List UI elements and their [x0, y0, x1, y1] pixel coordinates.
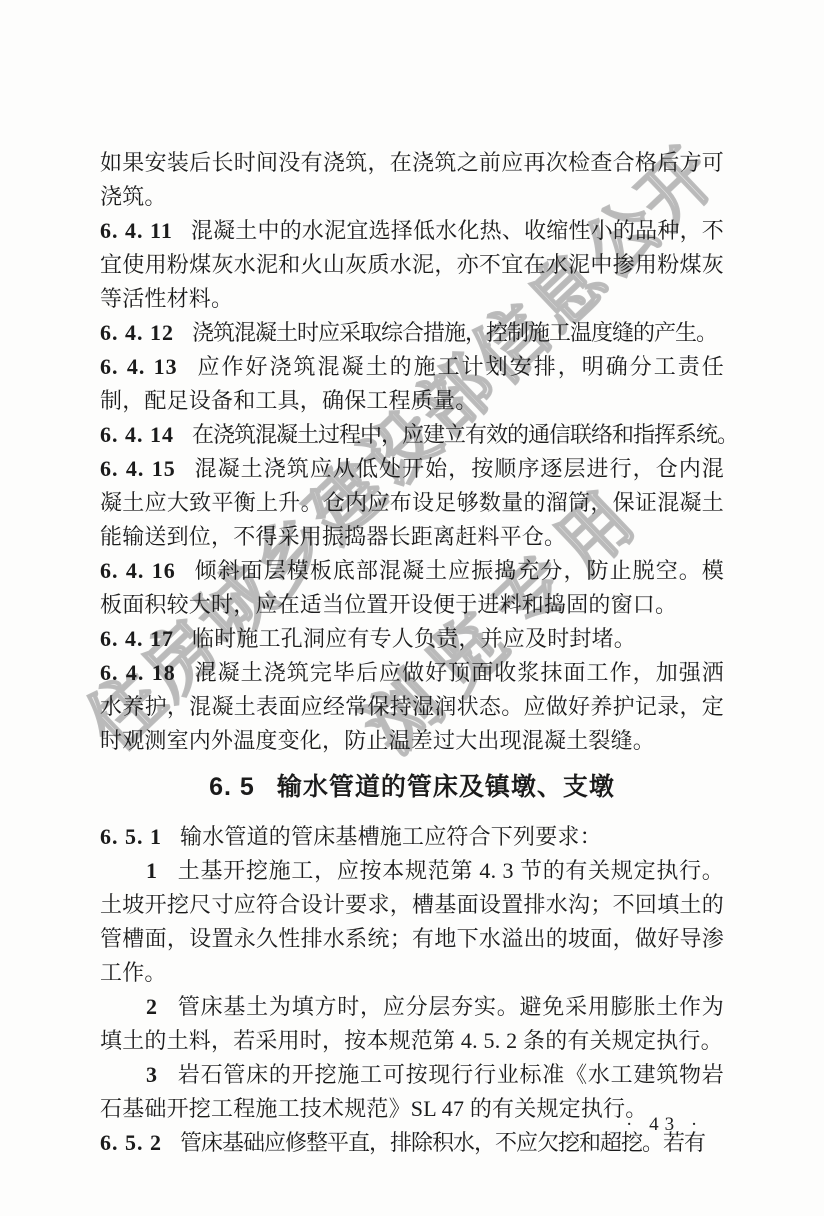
clause-number: 6. 4. 11: [100, 218, 173, 243]
clause-text: 倾斜面层模板底部混凝土应振捣充分，防止脱空。模板面积较大时，应在适当位置开设便于…: [100, 558, 724, 617]
clause-6-4-16: 6. 4. 16倾斜面层模板底部混凝土应振捣充分，防止脱空。模板面积较大时，应在…: [100, 554, 724, 622]
clause-6-4-14: 6. 4. 14在浇筑混凝土过程中，应建立有效的通信联络和指挥系统。: [100, 418, 724, 452]
item-number: 2: [146, 994, 157, 1019]
clause-text: 输水管道的管床基槽施工应符合下列要求：: [180, 824, 602, 849]
clause-number: 6. 4. 17: [100, 626, 174, 651]
clause-6-4-18: 6. 4. 18混凝土浇筑完毕后应做好顶面收浆抹面工作，加强洒水养护，混凝土表面…: [100, 656, 724, 758]
paragraph-continuation: 如果安装后长时间没有浇筑，在浇筑之前应再次检查合格后方可浇筑。: [100, 146, 724, 214]
clause-6-4-17: 6. 4. 17临时施工孔洞应有专人负责，并应及时封堵。: [100, 622, 724, 656]
section-title: 输水管道的管床及镇墩、支墩: [277, 773, 615, 801]
document-page: 住房城乡建设部信息公开 浏览专用 如果安装后长时间没有浇筑，在浇筑之前应再次检查…: [0, 0, 824, 1216]
clause-6-4-13: 6. 4. 13应作好浇筑混凝土的施工计划安排，明确分工责任制，配足设备和工具，…: [100, 350, 724, 418]
clause-number: 6. 5. 1: [100, 824, 162, 849]
clause-6-4-12: 6. 4. 12浇筑混凝土时应采取综合措施，控制施工温度缝的产生。: [100, 316, 724, 350]
section-heading: 6. 5输水管道的管床及镇墩、支墩: [100, 769, 724, 805]
list-item-1: 1土基开挖施工，应按本规范第 4. 3 节的有关规定执行。土坡开挖尺寸应符合设计…: [100, 854, 724, 990]
item-text: 管床基土为填方时，应分层夯实。避免采用膨胀土作为填土的土料，若采用时，按本规范第…: [100, 994, 724, 1053]
clause-text: 浇筑混凝土时应采取综合措施，控制施工温度缝的产生。: [192, 320, 717, 345]
clause-text: 混凝土中的水泥宜选择低水化热、收缩性小的品种，不宜使用粉煤灰水泥和火山灰质水泥，…: [100, 218, 724, 311]
page-content: 如果安装后长时间没有浇筑，在浇筑之前应再次检查合格后方可浇筑。 6. 4. 11…: [100, 146, 724, 1160]
list-item-2: 2管床基土为填方时，应分层夯实。避免采用膨胀土作为填土的土料，若采用时，按本规范…: [100, 990, 724, 1058]
clause-text: 混凝土浇筑完毕后应做好顶面收浆抹面工作，加强洒水养护，混凝土表面应经常保持湿润状…: [100, 660, 724, 753]
item-number: 3: [146, 1062, 157, 1087]
clause-text: 在浇筑混凝土过程中，应建立有效的通信联络和指挥系统。: [192, 422, 738, 447]
clause-text: 临时施工孔洞应有专人负责，并应及时封堵。: [192, 626, 636, 651]
item-number: 1: [146, 858, 157, 883]
clause-6-4-11: 6. 4. 11混凝土中的水泥宜选择低水化热、收缩性小的品种，不宜使用粉煤灰水泥…: [100, 214, 724, 316]
page-number: · 43 ·: [626, 1114, 703, 1136]
clause-number: 6. 5. 2: [100, 1130, 162, 1155]
clause-text: 应作好浇筑混凝土的施工计划安排，明确分工责任制，配足设备和工具，确保工程质量。: [100, 354, 724, 413]
clause-number: 6. 4. 18: [100, 660, 176, 685]
clause-number: 6. 4. 13: [100, 354, 178, 379]
clause-text: 混凝土浇筑应从低处开始，按顺序逐层进行，仓内混凝土应大致平衡上升。仓内应布设足够…: [100, 456, 724, 549]
paragraph-text: 如果安装后长时间没有浇筑，在浇筑之前应再次检查合格后方可浇筑。: [100, 150, 724, 209]
clause-6-4-15: 6. 4. 15混凝土浇筑应从低处开始，按顺序逐层进行，仓内混凝土应大致平衡上升…: [100, 452, 724, 554]
clause-number: 6. 4. 14: [100, 422, 174, 447]
item-text: 土基开挖施工，应按本规范第 4. 3 节的有关规定执行。土坡开挖尺寸应符合设计要…: [100, 858, 724, 985]
item-text: 岩石管床的开挖施工可按现行行业标准《水工建筑物岩石基础开挖工程施工技术规范》SL…: [100, 1062, 724, 1121]
section-number: 6. 5: [209, 773, 255, 801]
clause-number: 6. 4. 15: [100, 456, 176, 481]
clause-number: 6. 4. 16: [100, 558, 176, 583]
clause-number: 6. 4. 12: [100, 320, 174, 345]
clause-6-5-1: 6. 5. 1输水管道的管床基槽施工应符合下列要求：: [100, 820, 724, 854]
